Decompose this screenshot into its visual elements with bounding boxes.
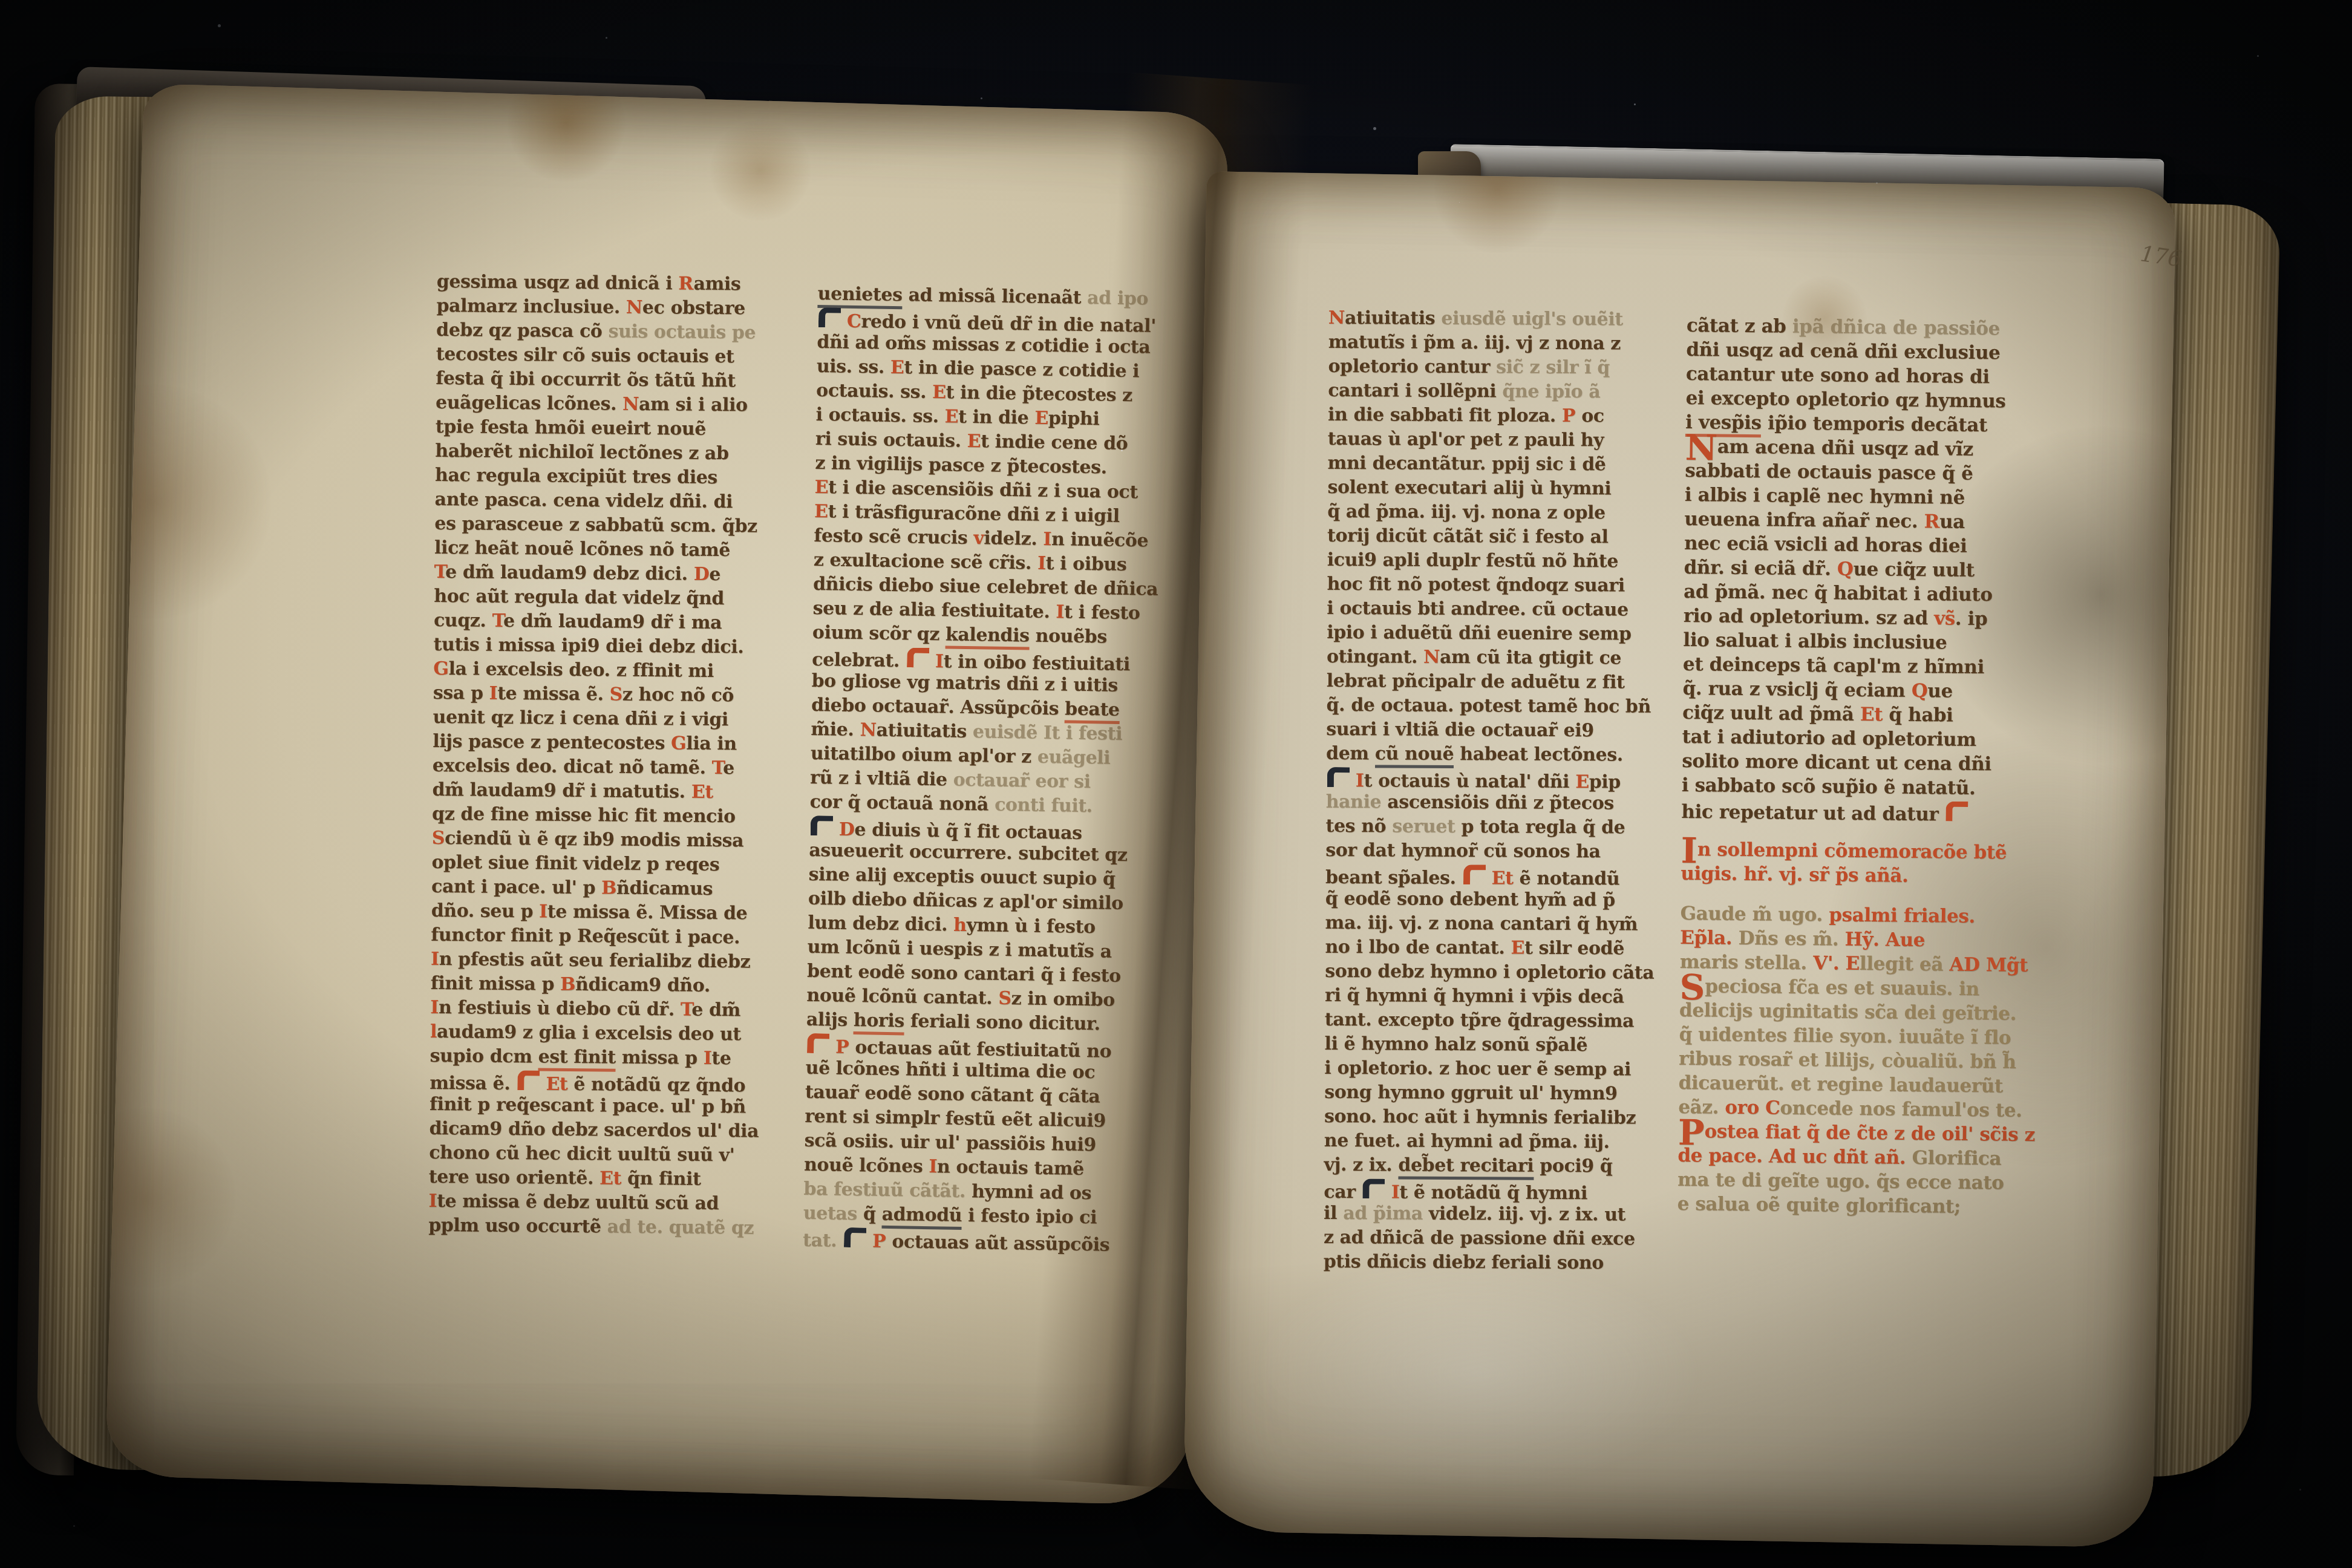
rubric-text: E (967, 431, 981, 452)
rubric-text: I (428, 1191, 437, 1212)
ink-text: t ẽ notãdũ q̃ hymni (1399, 1182, 1587, 1204)
manuscript-text-line: otingant. Nam cũ ita gtigit ce (1327, 646, 1726, 672)
manuscript-text-line: ri q̃ hymni q̃ hymni i vp̃is decã (1325, 985, 1724, 1011)
ink-text: conti fuit. (995, 794, 1093, 817)
ink-text: ua (1939, 511, 1965, 532)
manuscript-text-line: hic repetatur ut ad datur (1681, 799, 2099, 827)
ink-text: nouẽ lcõnes (804, 1154, 929, 1177)
rubric-text: E (1034, 408, 1048, 429)
ink-text: e dm̃ laudam9 dr̃ i ma (503, 610, 722, 633)
rubric-text: T (681, 999, 692, 1021)
ink-text: rũ z i vltiã die (810, 767, 953, 791)
ink-text: torij dicũt cãtãt sic̃ i festo al (1327, 525, 1609, 547)
ink-text: e diuis ù q̃ ĩ fit octauas (854, 819, 1082, 844)
manuscript-text-line: song hymno ggruit ul' hymn9 (1324, 1082, 1723, 1108)
manuscript-text-line: z ad dñicã de passione dñi exce (1324, 1227, 1723, 1253)
rubric-text: R (1924, 511, 1939, 532)
manuscript-text-line: ma. iij. vj. z nona cantari q̃ hym̃ (1325, 912, 1725, 938)
rubric-text: T (492, 610, 503, 632)
ink-text: t indie cene dõ (981, 431, 1128, 454)
ink-text: cãtat z ab (1687, 315, 1792, 338)
ink-text: uẽ lcõnes hñti i ultima die oc (805, 1057, 1095, 1083)
ink-text: i octauis. ss. (815, 404, 945, 427)
ink-text: ei excepto opletorio qz hymnus (1685, 387, 2005, 413)
ink-text: dicauerũt. et regine laudauerũt (1679, 1072, 2003, 1097)
ink-text: ssa p (433, 682, 489, 704)
ink-text: ma. iij. vj. z nona cantari q̃ hym̃ (1325, 912, 1638, 935)
ink-text: octauis. ss. (816, 380, 933, 403)
ink-text: suis octauis pe (608, 321, 756, 343)
ink-text: dñi ad om̃s missas z cotidie i octa (817, 332, 1150, 358)
manuscript-text-line: chono cũ hec dicit uultũ suũ v' (429, 1142, 828, 1170)
ink-text: uetas (803, 1203, 858, 1224)
ink-text: hymni ad os (965, 1181, 1092, 1204)
ink-text: ymn ù i festo (966, 915, 1096, 938)
ink-text: feriali sono dicitur. (904, 1010, 1100, 1034)
manuscript-text-line: il ad p̃ima videlz. iij. vj. z ix. ut (1324, 1203, 1723, 1229)
ink-text: uis. ss. (817, 356, 891, 378)
ink-text: atiuitatis (876, 720, 973, 742)
ink-text: est finit (538, 1047, 615, 1072)
ink-text: lijs pasce z pentecostes (433, 731, 671, 754)
manuscript-text-line: opletorio cantur sic̃ z silr ĩ q̃ (1328, 356, 1727, 382)
ink-text: euãgelicas lcõnes. (436, 392, 622, 415)
rubric-text: T (434, 561, 446, 583)
rubric-text: vs̃ (1934, 607, 1955, 629)
rubric-text: P (872, 1231, 886, 1252)
ink-text: z hoc nõ cõ (622, 684, 734, 707)
ink-text: ipio i aduẽtũ dñi euenire semp (1327, 622, 1632, 645)
rubric-text: V'. E (1813, 952, 1860, 975)
ink-text: m̃ie. (811, 719, 860, 740)
ink-text: celebrat. (812, 649, 906, 671)
ink-text: car (1324, 1181, 1362, 1203)
ink-text: scã osiis. uir ul' passiõis hui9 (804, 1130, 1096, 1156)
manuscript-text-line: cuqz. Te dm̃ laudam9 dr̃ i ma (434, 610, 833, 638)
ink-text: uitatilbo oium apl'or z (811, 743, 1038, 768)
ink-text: uenietes (817, 283, 902, 309)
ink-text: piphi (1048, 408, 1100, 430)
manuscript-text-line: qz de fine misse hic fit mencio (432, 803, 831, 831)
ink-text: et deinceps tã capl'm z hĩmni (1683, 653, 1984, 678)
ink-text: icui9 apli duplr festũ nõ hñte (1327, 549, 1618, 572)
manuscript-text-line: sono debz hymno i opletorio cãta (1325, 961, 1724, 987)
rubric-text: E (1511, 938, 1524, 959)
ink-text: no i lbo de cantat. (1325, 936, 1511, 959)
rubric-text: I (704, 1048, 712, 1069)
ink-text: hac regula excipiũt tres dies (435, 465, 717, 488)
ink-text: llegit eã (1860, 953, 1950, 976)
ink-text: euãgeli (1037, 746, 1111, 769)
ink-text: diebo octauar̃. Assũpcõis (811, 694, 1065, 720)
ink-text: oplet siue finit videlz p reqes (431, 852, 719, 875)
manuscript-text-line: li ẽ hymno halz sonũ sp̃alẽ (1325, 1033, 1724, 1059)
paragraph-mark-icon (811, 815, 834, 836)
photo-backdrop: gessima usqz ad dnicã i Ramispalmarz inc… (0, 0, 2352, 1568)
rubric-text: N (626, 297, 642, 318)
ink-text: cant i pace. ul' p (431, 876, 601, 898)
ink-text: oilb diebo dñicas z apl'or similo (808, 888, 1123, 914)
rubric-text: uigis. hr̃. vj. sr̃ p̃s añã. (1681, 863, 1908, 887)
manuscript-text-line: gessima usqz ad dnicã i Ramis (437, 271, 836, 299)
ink-text: i albis i caplẽ nec hymni nẽ (1685, 484, 1965, 509)
ink-text: song hymno ggruit ul' hymn9 (1324, 1082, 1618, 1105)
ink-text: hic repetatur ut ad datur (1681, 801, 1945, 826)
ink-text: te missa ẽ debz uultũ scũ ad (437, 1191, 719, 1214)
ink-text: t i trãsfiguracõne dñi z i uigil (828, 501, 1120, 527)
ink-text: dño. seu p (431, 900, 540, 923)
manuscript-text-line: debz qz pasca cõ suis octauis pe (436, 319, 835, 347)
ink-text: tauas ù apl'or pet z pauli hy (1328, 428, 1604, 451)
ink-text: sono debz hymno i opletorio cãta (1325, 961, 1654, 984)
manuscript-text-line: ne fuet. ai hymni ad p̃ma. iij. (1324, 1130, 1723, 1156)
ink-text: Glorifica (1906, 1147, 2001, 1170)
ink-text: missa ẽ. (430, 1073, 516, 1094)
manuscript-text-line: tes nõ seruet p tota regla q̃ de (1325, 815, 1725, 841)
ink-text: n inuẽcõe (1051, 529, 1149, 552)
ink-text: tutis i missa ipi9 diei debz dici. (433, 634, 743, 658)
ink-text: q̃. de octaua. potest tamẽ hoc bñ (1326, 694, 1650, 717)
ink-text: q̃ne ipĩo ã (1502, 381, 1600, 403)
manuscript-text-line: tutis i missa ipi9 diei debz dici. (433, 634, 832, 662)
manuscript-text-line: festa q̃ ibi occurrit õs tãtũ hñt (436, 368, 835, 396)
ink-text: ma te di geĩte ugo. q̃s ecce nato (1677, 1169, 2004, 1194)
ink-text: amis (693, 273, 740, 295)
ink-text: es parasceue z sabbatũ scm. q̃bz (434, 513, 757, 537)
ink-text: n pfestis aũt seu ferialibz diebz (439, 949, 751, 972)
paragraph-mark-icon (844, 1227, 867, 1248)
ink-text: bent eodẽ sono cantari q̃ i festo (807, 961, 1121, 987)
ink-text: peciosa fc̃a es et suauis. in (1705, 975, 1979, 1000)
ink-text: octauar̃ eor si (953, 769, 1091, 793)
rubric-text: de pace. Ad uc dñt añ. (1677, 1145, 1906, 1169)
left-page-column-2: uenietes ad missã licenaãt ad ipoCredo i… (803, 283, 1235, 1258)
paragraph-mark-icon (1327, 767, 1350, 787)
ink-text: ip̃io temporis decãtat (1761, 412, 1987, 436)
ink-text: q̃ habi (1883, 704, 1953, 726)
ink-text: t in die (958, 407, 1035, 429)
manuscript-text-line: i octauis bti andree. cũ octaue (1327, 598, 1726, 624)
rubric-text: N (622, 394, 639, 415)
rubric-text: I (929, 1156, 937, 1177)
dust-specks (0, 0, 3, 3)
ink-text: e (723, 757, 734, 779)
manuscript-text-line: mni decantãtur. ppij sic i dẽ (1328, 452, 1727, 479)
ink-text: ñdicam9 dño. (575, 974, 710, 996)
ink-text: matutĩs i p̃m a. iij. vj z nona z (1328, 332, 1621, 354)
manuscript-text-line: haberẽt nichiloĩ lectõnes z ab (435, 440, 834, 468)
manuscript-text-line: lijs pasce z pentecostes Glia in (433, 731, 832, 759)
ink-text: ẽ notãdũ qz q̃ndo (567, 1074, 745, 1097)
ink-text: e dm̃ laudam9 debz dici. (445, 561, 694, 585)
ink-text: z ad dñicã de passione dñi exce (1324, 1227, 1635, 1250)
ink-text: Gaude m̃ ugo. (1680, 903, 1829, 926)
ink-text: lia in (686, 733, 737, 755)
ink-text: e salua oẽ quite glorificant; (1677, 1193, 1961, 1218)
ink-text: am si i alio (639, 394, 748, 416)
ink-text: cuqz. (434, 610, 492, 632)
manuscript-text-line: Sciendũ ù ẽ qz ib9 modis missa (432, 828, 831, 855)
ink-text: rent si simplr festũ eẽt alicui9 (805, 1106, 1106, 1132)
ink-text: ri suis octauis. (815, 428, 967, 452)
rubric-text: h (953, 915, 967, 936)
ink-text: ad p̃mã. nec q̃ habitat i adiuto (1684, 581, 1993, 606)
paragraph-mark-icon (1463, 864, 1486, 884)
manuscript-text-line: cant i pace. ul' p Bñdicamus (431, 876, 831, 904)
manuscript-text-line: icui9 apli duplr festũ nõ hñte (1327, 549, 1726, 575)
ink-text: seruet (1392, 816, 1455, 838)
ink-text: excelsis deo. dicat nõ tamẽ. (433, 755, 712, 779)
rubric-text: E (1575, 771, 1589, 792)
rubric-text: Et (599, 1168, 621, 1189)
ink-text: z in vigilijs pasce z p̃tecostes. (815, 452, 1107, 479)
ink-text: te missa ẽ. (497, 683, 610, 705)
ink-text: qz de fine misse hic fit mencio (432, 803, 736, 827)
ink-text: opletorio cantur (1328, 356, 1496, 377)
ink-text: tecostes silr cõ suis octauis et (436, 344, 734, 367)
ink-text: ciq̃z uult ad p̃mã (1682, 702, 1860, 725)
ink-text: hoc aũt regula dat videlz q̃nd (434, 586, 724, 609)
rubric-text: D (839, 819, 855, 840)
manuscript-text-line: tauas ù apl'or pet z pauli hy (1328, 428, 1727, 454)
rubric-text: psalmi friales. (1829, 904, 1975, 928)
ink-text: ascensiõis dñi z p̃tecos (1381, 791, 1614, 814)
right-page-column-1: Natiuitatis eiusdẽ uigl's ouẽitmatutĩs i… (1324, 307, 1728, 1277)
manuscript-text-line: q̃. de octaua. potest tamẽ hoc bñ (1326, 694, 1725, 720)
ink-text: dm̃ laudam9 dr̃ i matutis. (432, 779, 691, 803)
ink-text: Dñs es m̃. (1732, 927, 1845, 950)
ink-text: ad missã licenaãt (902, 284, 1087, 309)
ink-text: dñr. si eciã dr̃. (1684, 557, 1837, 580)
rubric-text: oro C (1725, 1097, 1780, 1119)
ink-text: q̃n finit (621, 1168, 701, 1190)
ink-text: nouẽbs (1029, 626, 1107, 648)
rubric-text: N (1423, 647, 1440, 668)
ink-text: euisdẽ It i festi (973, 721, 1123, 745)
manuscript-text-line: hoc fit nõ potest q̃ndoqz suari (1327, 573, 1726, 599)
rubric-text: I (1043, 529, 1051, 550)
ink-text: te (711, 1048, 731, 1069)
manuscript-text-line: ssa p Ite missa ẽ. Sz hoc nõ cõ (433, 682, 832, 710)
ink-text: lio saluat i albis inclusiue (1683, 629, 1947, 654)
ink-text: tant. excepto tp̃re q̃dragessima (1325, 1009, 1634, 1032)
rubric-text: Q (1912, 680, 1928, 702)
rubric-text: T (712, 757, 724, 779)
rubric-text: N (1328, 307, 1345, 328)
manuscript-text-line: tpie festa hmõi eueirt nouẽ (436, 416, 835, 444)
ink-text: gessima usqz ad dnicã i (437, 271, 679, 294)
manuscript-text-line: ipio i aduẽtũ dñi euenire semp (1327, 622, 1726, 648)
ink-text: i sabbato scõ sup̃io ẽ natatũ. (1682, 774, 1976, 799)
rubric-text: AD Mg̃t (1949, 954, 2028, 976)
ink-text: sine alij exceptis ouuct supio q̃ (808, 864, 1115, 890)
ink-text: tpie festa hmõi eueirt nouẽ (436, 416, 706, 440)
ink-text: tat. (803, 1230, 837, 1252)
rubric-text: I (1056, 601, 1064, 622)
paragraph-mark-icon (1946, 802, 1968, 822)
ink-text: sono. hoc aũt i hymnis ferialibz (1324, 1106, 1636, 1129)
ink-text: in die sabbati fit ploza. (1328, 404, 1562, 426)
ink-text: lebrat pñcipalr de aduẽtu z fit (1327, 670, 1625, 693)
manuscript-text-line: sor dat hymnor̃ cũ sonos ha (1325, 840, 1725, 866)
ink-text: z exultacione scẽ cr̃is. (814, 549, 1038, 574)
rubric-text: B (601, 877, 616, 898)
ink-text: am cũ ita gtigit ce (1440, 647, 1621, 669)
ink-text: tes nõ (1325, 815, 1392, 837)
ink-text: hoc fit nõ potest q̃ndoqz suari (1327, 573, 1625, 596)
rubric-text: Ep̃la. (1680, 927, 1732, 949)
ink-text: rio ad opletorium. sz ad (1684, 605, 1935, 629)
ink-text: asueuerit occurrere. subcitet qz (809, 840, 1128, 866)
manuscript-text-line: torij dicũt cãtãt sic̃ i festo al (1327, 525, 1726, 551)
rubric-text: Et (691, 782, 713, 803)
ink-text: ad ipo (1087, 287, 1148, 310)
manuscript-text-line: Ite missa ẽ debz uultũ scũ ad (428, 1191, 828, 1218)
ink-text: beate (1065, 699, 1120, 724)
ink-text: i festo ipio ci (962, 1205, 1097, 1228)
manuscript-text-line: dm̃ laudam9 dr̃ i matutis. Et (432, 779, 831, 807)
manuscript-text-line: laudam9 z glia i excelsis deo ut (430, 1021, 829, 1049)
ink-text: solito more dicant ut cena dñi (1682, 750, 1991, 775)
manuscript-text-line: vj. z ix. deb̃et recitari poci9 q̃ (1324, 1154, 1723, 1180)
ink-text: p tota regla q̃ de (1455, 816, 1625, 838)
ink-text: ad p̃ima (1343, 1203, 1423, 1224)
ink-text: palmarz inclusiue. (436, 295, 626, 318)
ink-text: nouẽ lcõnũ cantat. (806, 985, 998, 1009)
ink-text: lum debz dici. (808, 912, 953, 936)
ink-text: oncede nos famul'os te. (1780, 1097, 2022, 1122)
rubric-text: I (489, 683, 497, 704)
manuscript-text-line: lebrat pñcipalr de aduẽtu z fit (1327, 670, 1726, 696)
ink-text: q̃ (857, 1203, 882, 1225)
manuscript-text-line: palmarz inclusiue. Nec obstare (436, 295, 835, 323)
ink-text: supio dcm (430, 1045, 538, 1068)
paragraph-mark-icon (818, 307, 841, 328)
ink-text: delicijs uginitatis sc̃a dei geĩtrie. (1679, 999, 2016, 1025)
rubric-text: E (944, 406, 958, 427)
manuscript-text-line: It octauis ù natal' dñi Epip (1326, 767, 1725, 793)
rubric-text: Et (546, 1074, 567, 1095)
manuscript-text-line: ante pasca. cena videlz dñi. di (435, 489, 834, 517)
manuscript-text-line: licz heãt nouẽ lcõnes nõ tamẽ (434, 537, 834, 565)
manuscript-text-line: missa ẽ. Et ẽ notãdũ qz q̃ndo (430, 1070, 829, 1097)
rubric-text: ostea fiat q̃ de c̃te z de oil' sc̃is z (1704, 1120, 2035, 1146)
ink-text: pip (1589, 771, 1621, 792)
ink-text: eiusdẽ uigl's ouẽit (1441, 308, 1623, 330)
ink-text: oc (1575, 405, 1604, 426)
ink-text: t i festo (1064, 601, 1140, 624)
rubric-text: S (609, 684, 622, 705)
ink-text: t in die p̃tecostes z (946, 382, 1132, 406)
ink-text: mni decantãtur. ppij sic i dẽ (1328, 452, 1606, 475)
manuscript-text-line: In pfestis aũt seu ferialibz diebz (431, 949, 830, 976)
ink-text: am acena dñi usqz ad vĩz (1717, 436, 1973, 460)
ink-text: atiuitatis (1345, 307, 1442, 329)
manuscript-text-line: hanie ascensiõis dñi z p̃tecos (1326, 791, 1725, 817)
rubric-text: I (539, 901, 547, 923)
ink-text: te missa ẽ. Missa de (547, 901, 748, 924)
rubric-text: P (835, 1037, 849, 1058)
manuscript-text-line: In festiuis ù diebo cũ dr̃. Te dm̃ (430, 997, 829, 1025)
rubric-text: v (973, 528, 984, 549)
paragraph-mark-icon (907, 647, 930, 668)
ink-text: finit p req̃escant i pace. ul' p bñ (430, 1094, 746, 1118)
ink-text: habeat lectõnes. (1454, 743, 1623, 765)
rubric-text: Q (1837, 558, 1854, 580)
manuscript-text-line: cantari i sollẽpni q̃ne ipĩo ã (1328, 380, 1727, 406)
ink-text: bo gliose vg matris dñi z i uitis (811, 670, 1118, 696)
ink-text: admodũ (881, 1204, 962, 1230)
rubric-text: I (935, 651, 944, 672)
paragraph-mark-icon (807, 1033, 830, 1054)
rubric-text: E (814, 501, 828, 522)
ink-text: pplm uso occurtẽ (428, 1215, 607, 1238)
ink-text: t octauis ù natal' dñi (1364, 770, 1575, 792)
manuscript-text-line: car It ẽ notãdũ q̃ hymni (1324, 1178, 1723, 1204)
ink-text: cũ nouẽ (1375, 743, 1454, 768)
manuscript-text-line: pplm uso occurtẽ ad te. quatẽ qz (428, 1215, 828, 1243)
rubric-text: I (431, 949, 439, 970)
ink-text: ue (1927, 680, 1953, 702)
ink-text: cantari i sollẽpni (1328, 380, 1502, 402)
ink-text: beant sp̃ales. (1325, 867, 1462, 889)
ink-text: kalendis (946, 624, 1030, 650)
ink-text: uenit qz licz i cena dñi z i vigi (433, 707, 728, 730)
manuscript-text-line: Gla i excelsis deo. z ffinit mi (433, 658, 832, 686)
manuscript-text-line: euãgelicas lcõnes. Nam si i alio (436, 392, 835, 420)
rubric-text: I (1356, 770, 1364, 791)
rubric-text: Et (1492, 867, 1514, 889)
manuscript-text-line: no i lbo de cantat. Et silr eodẽ (1325, 936, 1724, 962)
ink-text: chono cũ hec dicit uultũ suũ v' (429, 1142, 734, 1166)
ink-text: missa p (616, 1047, 704, 1069)
manuscript-text-line: es parasceue z sabbatũ scm. q̃bz (434, 513, 834, 541)
manuscript-text-line: in die sabbati fit ploza. P oc (1328, 404, 1727, 430)
ink-text: tauar̃ eodẽ sono cãtant q̃ cãta (805, 1082, 1100, 1108)
left-page-column-1: gessima usqz ad dnicã i Ramispalmarz inc… (428, 271, 836, 1243)
rubric-text: I (1037, 553, 1046, 574)
ink-text: z in omibo (1011, 988, 1115, 1011)
ink-text: ad te. quatẽ qz (607, 1217, 754, 1239)
ink-text: suari i vltiã die octauar̃ ei9 (1326, 719, 1594, 741)
rubric-text: S (432, 828, 445, 849)
ink-text: t i oibus (1045, 553, 1126, 575)
rubric-text: S (998, 988, 1011, 1009)
ink-text: q̃. rua z vsiclj q̃ eciam (1682, 678, 1912, 702)
ink-text: hanie (1326, 791, 1382, 812)
rubric-text: Hỹ. Aue (1844, 929, 1925, 951)
ink-text: eãz. (1678, 1096, 1725, 1119)
ink-text: functor finit p Req̃escũt i pace. (431, 924, 740, 948)
manuscript-text-line: tere uso orientẽ. Et q̃n finit (429, 1166, 828, 1194)
manuscript-text-line: solent executari alij ù hymni (1327, 477, 1726, 503)
rubric-text: E (932, 382, 946, 403)
ink-text: ñdicamus (616, 878, 713, 900)
manuscript-text-line: sono. hoc aũt i hymnis ferialibz (1324, 1106, 1723, 1132)
manuscript-text-line: beant sp̃ales. Et ẽ notandũ (1325, 864, 1725, 890)
rubric-text: I (430, 997, 439, 1018)
manuscript-text-line: tant. excepto tp̃re q̃dragessima (1325, 1009, 1724, 1035)
rubric-text: E (890, 357, 904, 378)
manuscript-text-line: i opletorio. z hoc uer ẽ semp ai (1324, 1057, 1723, 1083)
ink-text: n octauis tamẽ (937, 1156, 1084, 1180)
paragraph-mark-icon (517, 1070, 540, 1090)
ink-text: ribus rosar̃ et lilijs, còualiũ. bñ h̃ (1679, 1048, 2016, 1073)
rubric-text: R (678, 273, 694, 294)
rubric-text: C (847, 311, 861, 332)
ink-text: il (1324, 1203, 1343, 1224)
ink-text: audam9 z glia i excelsis deo ut (437, 1021, 741, 1045)
